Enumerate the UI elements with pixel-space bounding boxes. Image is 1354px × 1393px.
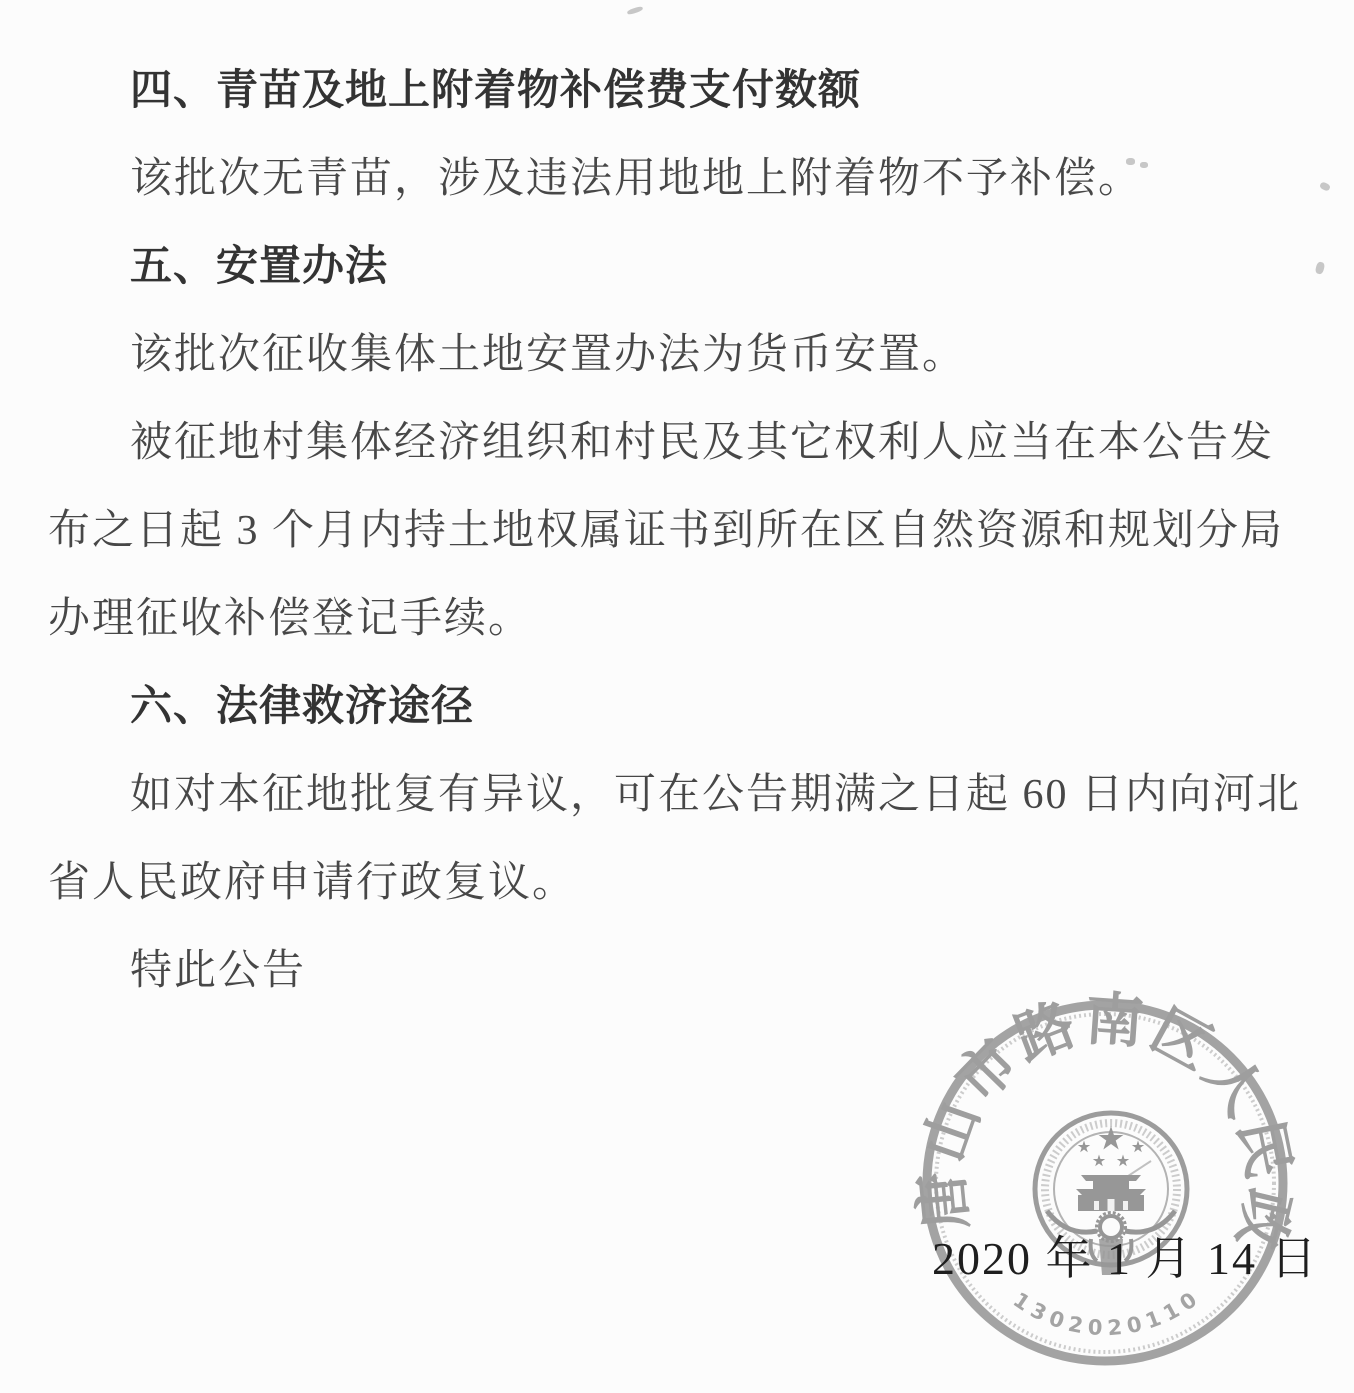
heading-section-6: 六、法律救济途径 (48, 684, 1314, 772)
scan-noise (1140, 162, 1148, 168)
scan-noise (1126, 158, 1135, 165)
heading-section-4: 四、青苗及地上附着物补偿费支付数额 (48, 68, 1314, 156)
para-registration-2: 布之日起 3 个月内持土地权属证书到所在区自然资源和规划分局 (48, 508, 1314, 596)
para-resettlement: 该批次征收集体土地安置办法为货币安置。 (48, 332, 1314, 420)
para-registration-1: 被征地村集体经济组织和村民及其它权利人应当在本公告发 (48, 420, 1314, 508)
heading-section-5: 五、安置办法 (48, 244, 1314, 332)
para-registration-3: 办理征收补偿登记手续。 (48, 596, 1314, 684)
date-stamp: 2020 年 1 月 14 日 (932, 1222, 1319, 1288)
scan-noise (1315, 261, 1326, 275)
official-seal: 唐山市路南区人民政府 1302020110775 (905, 983, 1305, 1383)
para-crops: 该批次无青苗，涉及违法用地地上附着物不予补偿。 (48, 156, 1314, 244)
scan-noise (1319, 181, 1331, 192)
para-legal-remedy-1: 如对本征地批复有异议，可在公告期满之日起 60 日内向河北 (48, 772, 1314, 860)
tiananmen-gate-icon (1076, 1175, 1146, 1211)
scan-noise (627, 6, 644, 16)
notice-body: 四、青苗及地上附着物补偿费支付数额 该批次无青苗，涉及违法用地地上附着物不予补偿… (48, 68, 1314, 1036)
scanned-notice-page: 四、青苗及地上附着物补偿费支付数额 该批次无青苗，涉及违法用地地上附着物不予补偿… (0, 0, 1354, 1393)
para-legal-remedy-2: 省人民政府申请行政复议。 (48, 860, 1314, 948)
